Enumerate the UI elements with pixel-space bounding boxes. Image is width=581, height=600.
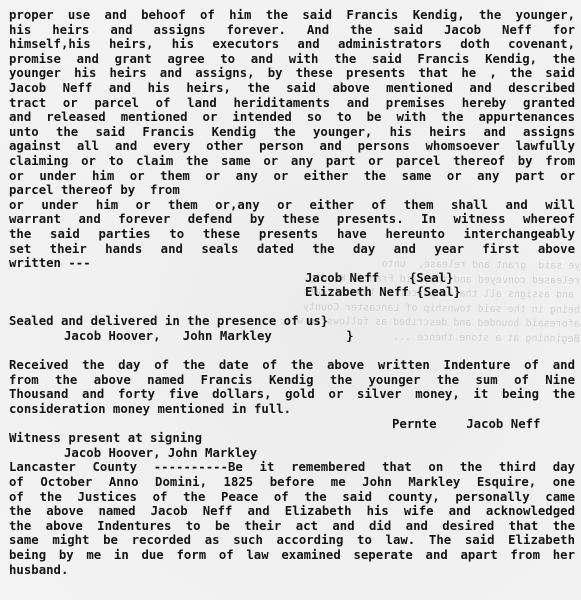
acknowledgment-paragraph: Lancaster County ----------Be it remembe… [9, 460, 575, 577]
text-line: husband. [9, 563, 575, 578]
sealed-delivered-line: Sealed and delivered in the presence of … [9, 314, 575, 329]
text-line: Thousand and forty five dollars, gold or… [9, 387, 575, 402]
signer-name: Jacob Neff [305, 271, 402, 285]
text-line: his heirs and assigns forever. And the s… [9, 23, 575, 38]
document-page: ye said grant and release, unto released… [0, 0, 581, 600]
text-line: or under him or them or any or either th… [9, 169, 575, 184]
spacer [9, 344, 575, 359]
signature-elizabeth-neff: Elizabeth Neff {Seal} [9, 285, 575, 300]
signature-jacob-neff: Jacob Neff {Seal} [9, 271, 575, 286]
text-line: set their hands and seals dated the day … [9, 242, 575, 257]
text-line: the above named Jacob Neff and Elizabeth… [9, 504, 575, 519]
text-line: unto the said Francis Kendig the younger… [9, 125, 575, 140]
text-line: same might be recorded as such according… [9, 533, 575, 548]
witness-block: Witness present at signing Jacob Hoover,… [9, 431, 575, 460]
text-line: or under him or them or,any or either of… [9, 198, 575, 213]
sealed-delivered-witnesses: Jacob Hoover, John Markley } [9, 329, 575, 344]
text-line: being by me in due form of law examined … [9, 548, 575, 563]
covenant-paragraph: proper use and behoof of him the said Fr… [9, 8, 575, 271]
text-line: the said parties to these presents have … [9, 227, 575, 242]
text-line: the above Indentures to be their act and… [9, 519, 575, 534]
text-line: written --- [9, 256, 575, 271]
witness-names: Jacob Hoover, John Markley [9, 446, 575, 461]
text-line: and released mentioned or intended so to… [9, 110, 575, 125]
text-line: proper use and behoof of him the said Fr… [9, 8, 575, 23]
signature-block: Jacob Neff {Seal} Elizabeth Neff {Seal} [9, 271, 575, 300]
seal-mark: {Seal} [409, 271, 454, 285]
text-line: younger his heirs and assigns, by these … [9, 66, 575, 81]
text-line: of October Anno Domini, 1825 before me J… [9, 475, 575, 490]
text-line: of the Justices of the Peace of the said… [9, 490, 575, 505]
text-line: from the above named Francis Kendig the … [9, 373, 575, 388]
text-line: consideration money mentioned in full. [9, 402, 575, 417]
text-line: claiming or to claim the same or any par… [9, 154, 575, 169]
text-line: warrant and forever defend by these pres… [9, 212, 575, 227]
text-line: Received the day of the date of the abov… [9, 358, 575, 373]
witness-label: Witness present at signing [9, 431, 575, 446]
text-line: Jacob Neff and his heirs, the said above… [9, 81, 575, 96]
text-line: parcel thereof by from [9, 183, 575, 198]
receipt-signature: Pernte Jacob Neff [9, 417, 575, 432]
text-line: promise and grant agree to and with the … [9, 52, 575, 67]
text-line: against all and every other person and p… [9, 139, 575, 154]
text-line: Lancaster County ----------Be it remembe… [9, 460, 575, 475]
deed-text: proper use and behoof of him the said Fr… [9, 8, 575, 577]
receipt-paragraph: Received the day of the date of the abov… [9, 358, 575, 431]
sealed-delivered-block: Sealed and delivered in the presence of … [9, 314, 575, 343]
spacer [9, 300, 575, 315]
signer-name: Elizabeth Neff [305, 285, 409, 299]
seal-mark: {Seal} [416, 285, 461, 299]
text-line: himself,his heirs, his executors and adm… [9, 37, 575, 52]
text-line: tract or parcel of land heriditaments an… [9, 96, 575, 111]
